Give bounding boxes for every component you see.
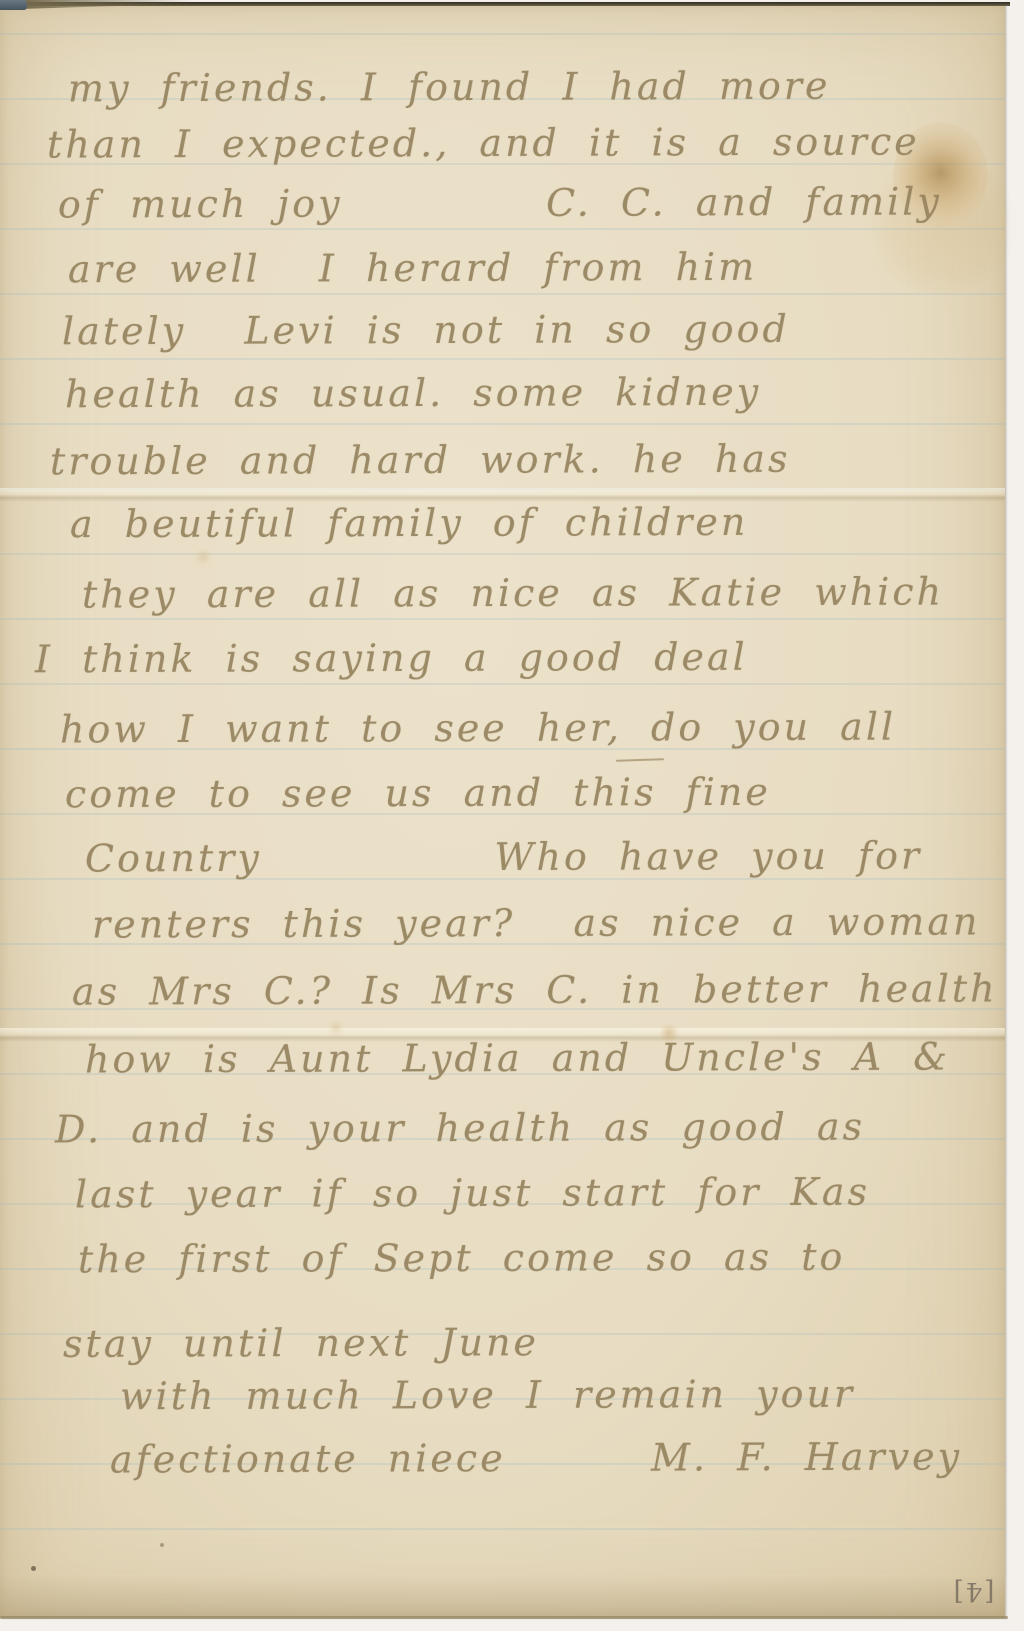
letter-line: with much Love I remain your [120, 1372, 855, 1420]
letter-line: they are all as nice as Katie which [82, 569, 944, 618]
letter-line: the first of Sept come so as to [78, 1235, 846, 1283]
letter-line: how I want to see her, do you all [60, 705, 896, 754]
letter-line: I think is saying a good deal [35, 635, 748, 683]
letter-line: a beutiful family of children [70, 500, 749, 548]
dirt-speck [160, 1543, 164, 1547]
clip-icon [0, 0, 27, 10]
letter-line: afectionate niece M. F. Harvey [110, 1435, 962, 1484]
scanned-letter-page: my friends. I found I had more than I ex… [0, 0, 1024, 1631]
letter-line: how is Aunt Lydia and Uncle's A & [85, 1034, 950, 1083]
letter-line: than I expected., and it is a source [47, 119, 920, 168]
letter-line: D. and is your health as good as [55, 1105, 865, 1153]
paper-bottom-edge [0, 1616, 1008, 1619]
letter-line: as Mrs C.? Is Mrs C. in better health [72, 966, 998, 1015]
letter-line: trouble and hard work. he has [50, 437, 791, 485]
letter-line: last year if so just start for Kas [75, 1170, 870, 1218]
dirt-speck [31, 1566, 36, 1571]
letter-line: are well I herard from him [68, 245, 757, 293]
letter-line: renters this year? as nice a woman [92, 899, 981, 948]
letter-line: Country Who have you for [85, 834, 922, 883]
letter-line: my friends. I found I had more [68, 64, 831, 112]
letter-line: come to see us and this fine [65, 770, 771, 818]
letter-line: stay until next June [63, 1320, 539, 1367]
letter-line: lately Levi is not in so good [62, 307, 790, 355]
letter-line: health as usual. some kidney [65, 370, 761, 418]
bottom-shadow [0, 1575, 1005, 1617]
letter-line: of much joy C. C. and family [58, 179, 942, 228]
